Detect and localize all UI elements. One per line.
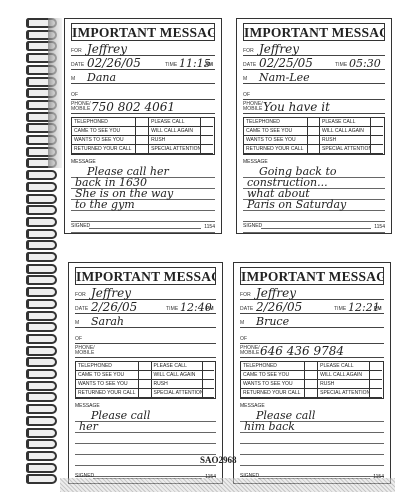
checkbox-label-left: WANTS TO SEE YOU (72, 136, 135, 145)
checkbox[interactable] (202, 362, 214, 371)
checkbox-label-left: RETURNED YOUR CALL (76, 389, 138, 398)
checkbox[interactable] (202, 380, 214, 389)
checkbox-label-left: CAME TO SEE YOU (76, 371, 138, 380)
checkbox-label-left: TELEPHONED (76, 362, 138, 371)
message-line: to the gym (75, 198, 135, 211)
for-field: FORJeffrey (243, 43, 385, 56)
date-field: DATE02/25/05TIME05:30 (243, 57, 385, 70)
message-line: him back (244, 420, 295, 433)
checkbox-label-left: TELEPHONED (244, 118, 307, 127)
of-field-label: OF (240, 336, 247, 342)
checkbox-label-left: RETURNED YOUR CALL (72, 145, 135, 154)
am-pm-label: PM (374, 306, 382, 312)
checkbox-label-right: WILL CALL AGAIN (317, 371, 369, 380)
spiral-coil (26, 451, 57, 461)
checkbox[interactable] (369, 362, 382, 371)
checkbox-label-right: SPECIAL ATTENTION (151, 389, 202, 398)
checkbox-label-left: TELEPHONED (72, 118, 135, 127)
slip-title: IMPORTANT MESSAGE (240, 267, 384, 285)
for-field: FORJeffrey (75, 287, 216, 300)
for-field-label: FOR (243, 48, 254, 54)
message-slip-bottom-left: IMPORTANT MESSAGEFORJeffreyDATE2/26/05TI… (68, 262, 223, 484)
signed-label: SIGNED (71, 223, 90, 229)
spiral-coil (26, 240, 57, 250)
checkbox-label-left: RETURNED YOUR CALL (241, 389, 304, 398)
date-field-label: DATE (243, 62, 256, 68)
time-label: TIME (335, 62, 347, 68)
message-line: Paris on Saturday (247, 198, 346, 211)
checkbox[interactable] (135, 136, 148, 145)
checkbox-label-right: PLEASE CALL (317, 362, 369, 371)
checkbox[interactable] (304, 389, 317, 398)
for-field-value: Jeffrey (87, 42, 127, 56)
call-type-checkboxes: TELEPHONEDPLEASE CALLCAME TO SEE YOUWILL… (75, 361, 216, 399)
checkbox[interactable] (307, 145, 320, 154)
message-line: Please call (91, 409, 150, 422)
checkbox-label-left: RETURNED YOUR CALL (244, 145, 307, 154)
for-field-label: FOR (75, 292, 86, 298)
checkbox[interactable] (307, 118, 320, 127)
of-field-label: OF (243, 92, 250, 98)
for-field: FORJeffrey (240, 287, 384, 300)
spiral-coil (26, 322, 57, 332)
spiral-coil (26, 275, 57, 285)
from-field-value: Bruce (256, 315, 289, 328)
signed-line (261, 228, 371, 229)
phone-field-label: PHONE/ MOBILE (243, 102, 259, 112)
am-pm-label: AM (205, 62, 213, 68)
of-field-label: OF (75, 336, 82, 342)
date-field-value: 2/26/05 (256, 300, 302, 314)
of-field: OF (243, 87, 385, 100)
checkbox-label-right: RUSH (148, 136, 200, 145)
spiral-coil (26, 205, 57, 215)
for-field-value: Jeffrey (256, 286, 296, 300)
spiral-coil (26, 428, 57, 438)
checkbox[interactable] (138, 371, 150, 380)
for-field-label: FOR (71, 48, 82, 54)
checkbox-label-right: WILL CALL AGAIN (151, 371, 202, 380)
checkbox-label-left: WANTS TO SEE YOU (76, 380, 138, 389)
spiral-coil (26, 463, 57, 473)
checkbox[interactable] (200, 118, 213, 127)
time-label: TIME (165, 62, 177, 68)
checkbox[interactable] (202, 371, 214, 380)
message-rule (75, 465, 216, 466)
date-field-label: DATE (71, 62, 84, 68)
spiral-coil (26, 346, 57, 356)
checkbox-label-right: RUSH (151, 380, 202, 389)
from-field-value: Dana (87, 71, 116, 84)
checkbox-label-right: SPECIAL ATTENTION (319, 145, 370, 154)
checkbox[interactable] (307, 127, 320, 136)
checkbox[interactable] (307, 136, 320, 145)
from-field-value: Nam-Lee (259, 71, 310, 84)
from-field: MDana (71, 71, 215, 84)
checkbox[interactable] (369, 371, 382, 380)
checkbox[interactable] (200, 136, 213, 145)
checkbox[interactable] (200, 127, 213, 136)
phone-field-value: 750 802 4061 (91, 100, 175, 114)
checkbox[interactable] (135, 127, 148, 136)
checkbox-label-right: SPECIAL ATTENTION (317, 389, 369, 398)
checkbox-label-left: WANTS TO SEE YOU (244, 136, 307, 145)
checkbox-label-right: PLEASE CALL (319, 118, 370, 127)
from-field-value: Sarah (91, 315, 124, 328)
spiral-coil (26, 287, 57, 297)
spiral-coil (26, 194, 57, 204)
phone-field: PHONE/ MOBILEYou have it (243, 101, 385, 114)
checkbox[interactable] (200, 145, 213, 154)
phone-field-value: 646 436 9784 (260, 344, 344, 358)
date-field-label: DATE (75, 306, 88, 312)
signed-label: SIGNED (243, 223, 262, 229)
slip-title: IMPORTANT MESSAGE (75, 267, 216, 285)
slip-title: IMPORTANT MESSAGE (243, 23, 385, 41)
spiral-coil (26, 252, 57, 262)
from-field: MNam-Lee (243, 71, 385, 84)
date-field: DATE2/26/05TIME12:40PM (75, 301, 216, 314)
checkbox-label-right: PLEASE CALL (148, 118, 200, 127)
message-line: her (79, 420, 98, 433)
spiral-coil (26, 264, 57, 274)
checkbox-label-left: CAME TO SEE YOU (72, 127, 135, 136)
time-label: TIME (334, 306, 346, 312)
spiral-coil (26, 170, 57, 180)
spiral-coil (26, 182, 57, 192)
spiral-coil (26, 311, 57, 321)
date-field: DATE02/26/05TIME11:15AM (71, 57, 215, 70)
am-pm-label: PM (206, 306, 214, 312)
spiral-coil (26, 217, 57, 227)
message-rule (75, 443, 216, 444)
call-type-checkboxes: TELEPHONEDPLEASE CALLCAME TO SEE YOUWILL… (240, 361, 384, 399)
message-rule (240, 454, 384, 455)
spiral-coil (26, 299, 57, 309)
from-field-label: M (240, 320, 244, 326)
phone-field-label: PHONE/ MOBILE (75, 346, 91, 356)
message-rule (71, 232, 215, 233)
checkbox-label-left: TELEPHONED (241, 362, 304, 371)
message-rule (243, 221, 385, 222)
checkbox-label-right: WILL CALL AGAIN (319, 127, 370, 136)
slip-title: IMPORTANT MESSAGE (71, 23, 215, 41)
spiral-coil (26, 416, 57, 426)
phone-field-label: PHONE/ MOBILE (240, 346, 256, 356)
spiral-coil (26, 369, 57, 379)
date-field-value: 2/26/05 (91, 300, 137, 314)
checkbox[interactable] (370, 127, 383, 136)
signed-line (89, 228, 201, 229)
checkbox[interactable] (135, 118, 148, 127)
checkbox[interactable] (138, 389, 150, 398)
phone-field: PHONE/ MOBILE (75, 345, 216, 358)
spiral-coil (26, 381, 57, 391)
binding-shadow (48, 18, 62, 168)
checkbox[interactable] (370, 145, 383, 154)
bates-number: SAO2968 (200, 455, 237, 465)
spiral-coil (26, 334, 57, 344)
call-type-checkboxes: TELEPHONEDPLEASE CALLCAME TO SEE YOUWILL… (243, 117, 385, 155)
from-field: MBruce (240, 315, 384, 328)
form-number: 1154 (374, 225, 385, 230)
checkbox[interactable] (369, 389, 382, 398)
message-slip-bottom-right: IMPORTANT MESSAGEFORJeffreyDATE2/26/05TI… (233, 262, 391, 484)
from-field-label: M (75, 320, 79, 326)
date-field-value: 02/25/05 (259, 56, 313, 70)
checkbox[interactable] (304, 362, 317, 371)
checkbox[interactable] (370, 118, 383, 127)
date-field: DATE2/26/05TIME12:21PM (240, 301, 384, 314)
phone-field: PHONE/ MOBILE750 802 4061 (71, 101, 215, 114)
checkbox[interactable] (304, 380, 317, 389)
time-value: 05:30 (349, 57, 381, 70)
checkbox-label-right: RUSH (319, 136, 370, 145)
checkbox-label-left: CAME TO SEE YOU (241, 371, 304, 380)
for-field: FORJeffrey (71, 43, 215, 56)
message-rule (71, 221, 215, 222)
from-field-label: M (243, 76, 247, 82)
checkbox[interactable] (135, 145, 148, 154)
phone-field-value: You have it (263, 100, 330, 114)
phone-field: PHONE/ MOBILE646 436 9784 (240, 345, 384, 358)
form-number: 1154 (204, 225, 215, 230)
checkbox-label-left: WANTS TO SEE YOU (241, 380, 304, 389)
date-field-value: 02/26/05 (87, 56, 141, 70)
call-type-checkboxes: TELEPHONEDPLEASE CALLCAME TO SEE YOUWILL… (71, 117, 215, 155)
checkbox[interactable] (370, 136, 383, 145)
for-field-value: Jeffrey (259, 42, 299, 56)
message-rule (240, 443, 384, 444)
spiral-coil (26, 357, 57, 367)
of-field: OF (71, 87, 215, 100)
message-pad-page: IMPORTANT MESSAGEFORJeffreyDATE02/26/05T… (0, 0, 395, 500)
checkbox[interactable] (369, 380, 382, 389)
message-rule (75, 454, 216, 455)
checkbox-label-left: CAME TO SEE YOU (244, 127, 307, 136)
from-field-label: M (71, 76, 75, 82)
spiral-coil (26, 404, 57, 414)
for-field-value: Jeffrey (91, 286, 131, 300)
spiral-coil (26, 392, 57, 402)
date-field-label: DATE (240, 306, 253, 312)
message-rule (240, 465, 384, 466)
message-rule (75, 476, 216, 477)
checkbox[interactable] (202, 389, 214, 398)
checkbox-label-right: SPECIAL ATTENTION (148, 145, 200, 154)
checkbox[interactable] (138, 362, 150, 371)
checkbox-label-right: WILL CALL AGAIN (148, 127, 200, 136)
spiral-coil (26, 439, 57, 449)
message-rule (243, 232, 385, 233)
of-field-label: OF (71, 92, 78, 98)
message-slip-top-left: IMPORTANT MESSAGEFORJeffreyDATE02/26/05T… (64, 18, 222, 234)
from-field: MSarah (75, 315, 216, 328)
message-rule (240, 476, 384, 477)
for-field-label: FOR (240, 292, 251, 298)
of-field: OF (240, 331, 384, 344)
phone-field-label: PHONE/ MOBILE (71, 102, 87, 112)
message-slip-top-right: IMPORTANT MESSAGEFORJeffreyDATE02/25/05T… (236, 18, 392, 234)
scan-noise-bottom (60, 478, 395, 492)
checkbox[interactable] (304, 371, 317, 380)
checkbox[interactable] (138, 380, 150, 389)
checkbox-label-right: PLEASE CALL (151, 362, 202, 371)
checkbox-label-right: RUSH (317, 380, 369, 389)
of-field: OF (75, 331, 216, 344)
time-label: TIME (166, 306, 178, 312)
spiral-coil (26, 229, 57, 239)
spiral-coil (26, 474, 57, 484)
